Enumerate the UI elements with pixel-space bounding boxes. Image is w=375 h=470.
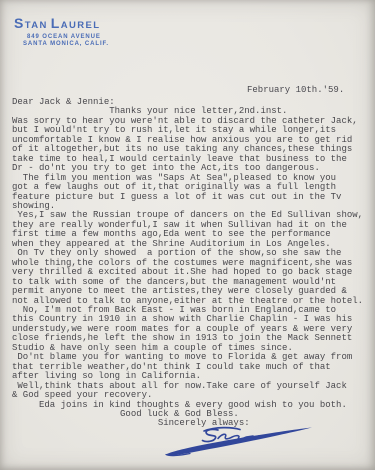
- letterhead-name: STANLAUREL: [14, 15, 109, 31]
- date-line: February 10th.'59.: [247, 85, 344, 95]
- letter-body: Dear Jack & Jennie: Thanks your nice let…: [12, 98, 363, 429]
- signature-scrawl-icon: [160, 424, 320, 462]
- signature: Stan.: [160, 424, 320, 462]
- letterhead-first-name: STAN: [14, 20, 48, 31]
- letterhead-address-line1: 849 OCEAN AVENUE: [27, 34, 109, 40]
- letterhead-address-line2: SANTA MONICA, CALIF.: [23, 41, 109, 47]
- letterhead-last-name: LAUREL: [51, 20, 101, 31]
- letter-page: STANLAUREL 849 OCEAN AVENUE SANTA MONICA…: [0, 0, 375, 470]
- letterhead: STANLAUREL 849 OCEAN AVENUE SANTA MONICA…: [14, 15, 109, 47]
